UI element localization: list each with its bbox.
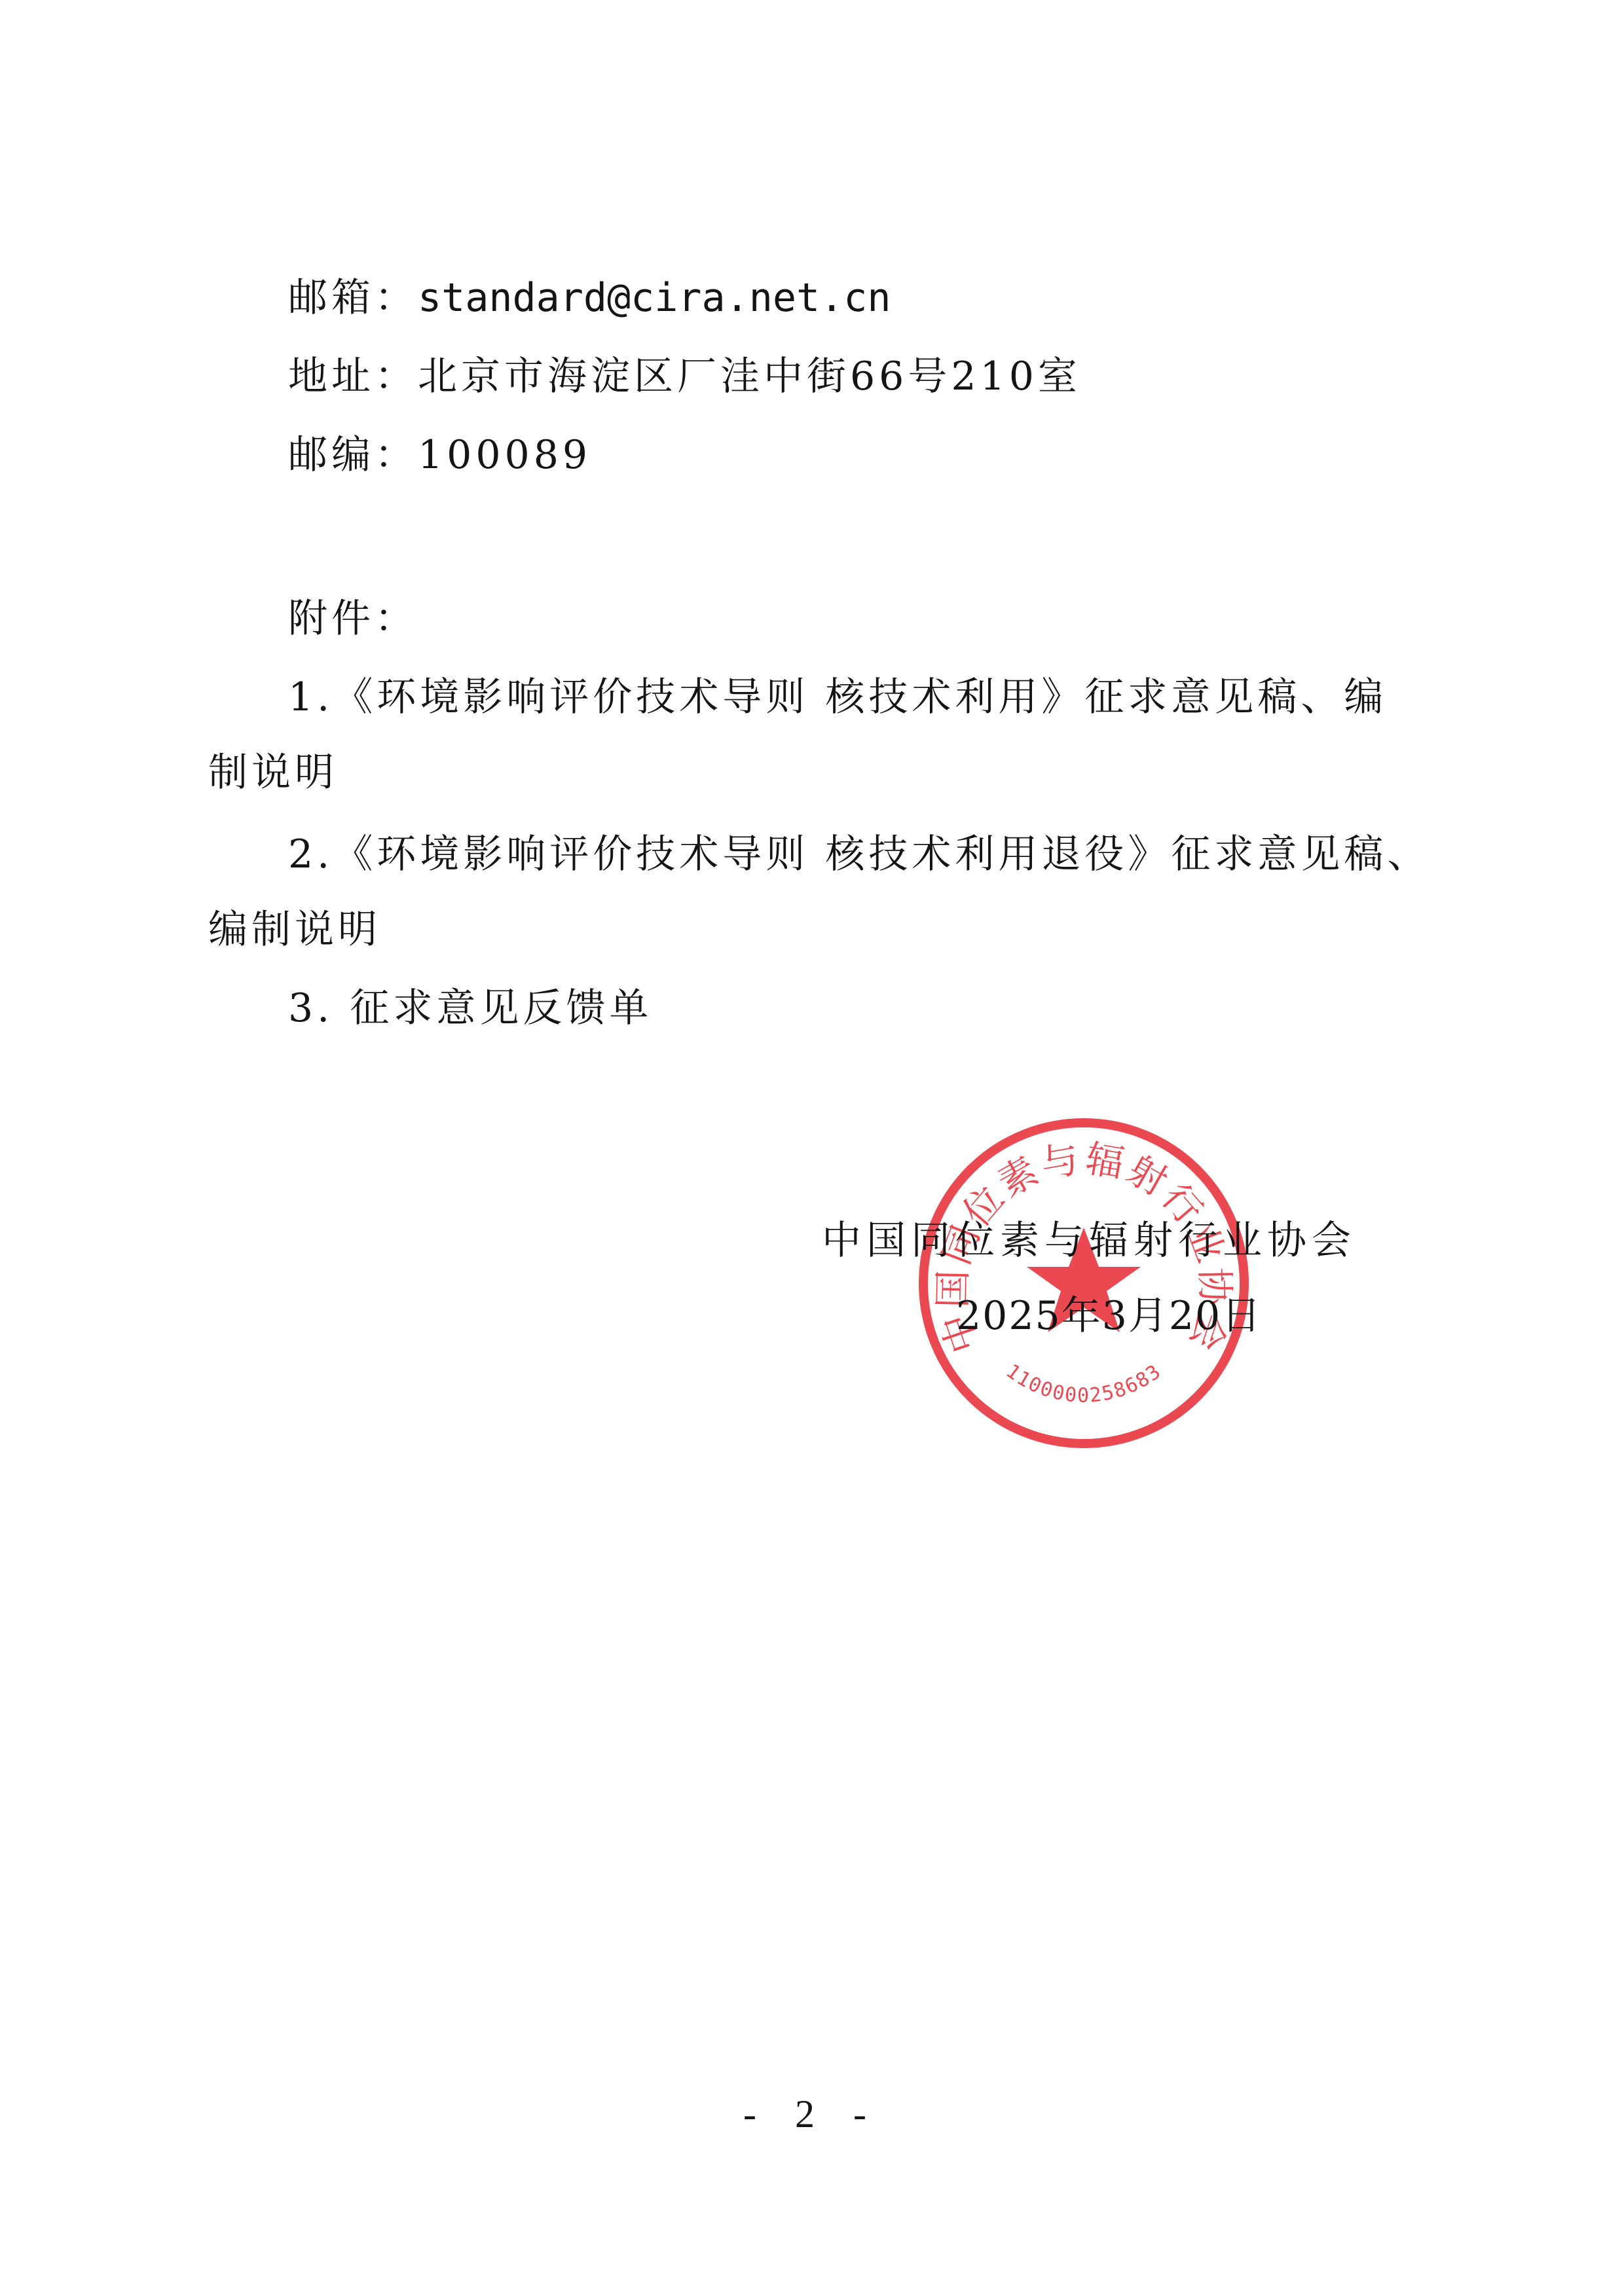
signature-organization: 中国同位素与辐射行业协会: [822, 1214, 1356, 1267]
signature-date: 2025年3月20日: [956, 1290, 1262, 1342]
address-line: 地址：北京市海淀区厂洼中街66号210室: [288, 350, 1081, 403]
svg-text:1100000258683: 1100000258683: [1002, 1360, 1166, 1408]
attachment-item-1-line1: 1.《环境影响评价技术导则 核技术利用》征求意见稿、编: [288, 671, 1387, 723]
email-line: 邮箱：standard@cira.net.cn: [288, 272, 891, 324]
attachment-item-1-line2: 制说明: [208, 746, 338, 799]
email-label: 邮箱：: [288, 275, 418, 321]
seal-serial: 1100000258683: [1002, 1360, 1166, 1408]
address-value: 北京市海淀区厂洼中街66号210室: [418, 354, 1081, 399]
postcode-value: 100089: [418, 432, 591, 478]
attachment-item-2-line2: 编制说明: [208, 903, 381, 956]
attachment-item-2-line1: 2.《环境影响评价技术导则 核技术利用退役》征求意见稿、: [288, 828, 1430, 881]
attachment-item-3: 3. 征求意见反馈单: [288, 982, 652, 1034]
email-value: standard@cira.net.cn: [418, 275, 891, 321]
official-seal-icon: 中国同位素与辐射行业协会 1100000258683: [913, 1113, 1254, 1453]
attachments-heading: 附件：: [288, 592, 418, 645]
page-number: - 2 -: [0, 2092, 1624, 2137]
address-label: 地址：: [288, 354, 418, 399]
postcode-label: 邮编：: [288, 432, 418, 478]
postcode-line: 邮编：100089: [288, 429, 591, 481]
